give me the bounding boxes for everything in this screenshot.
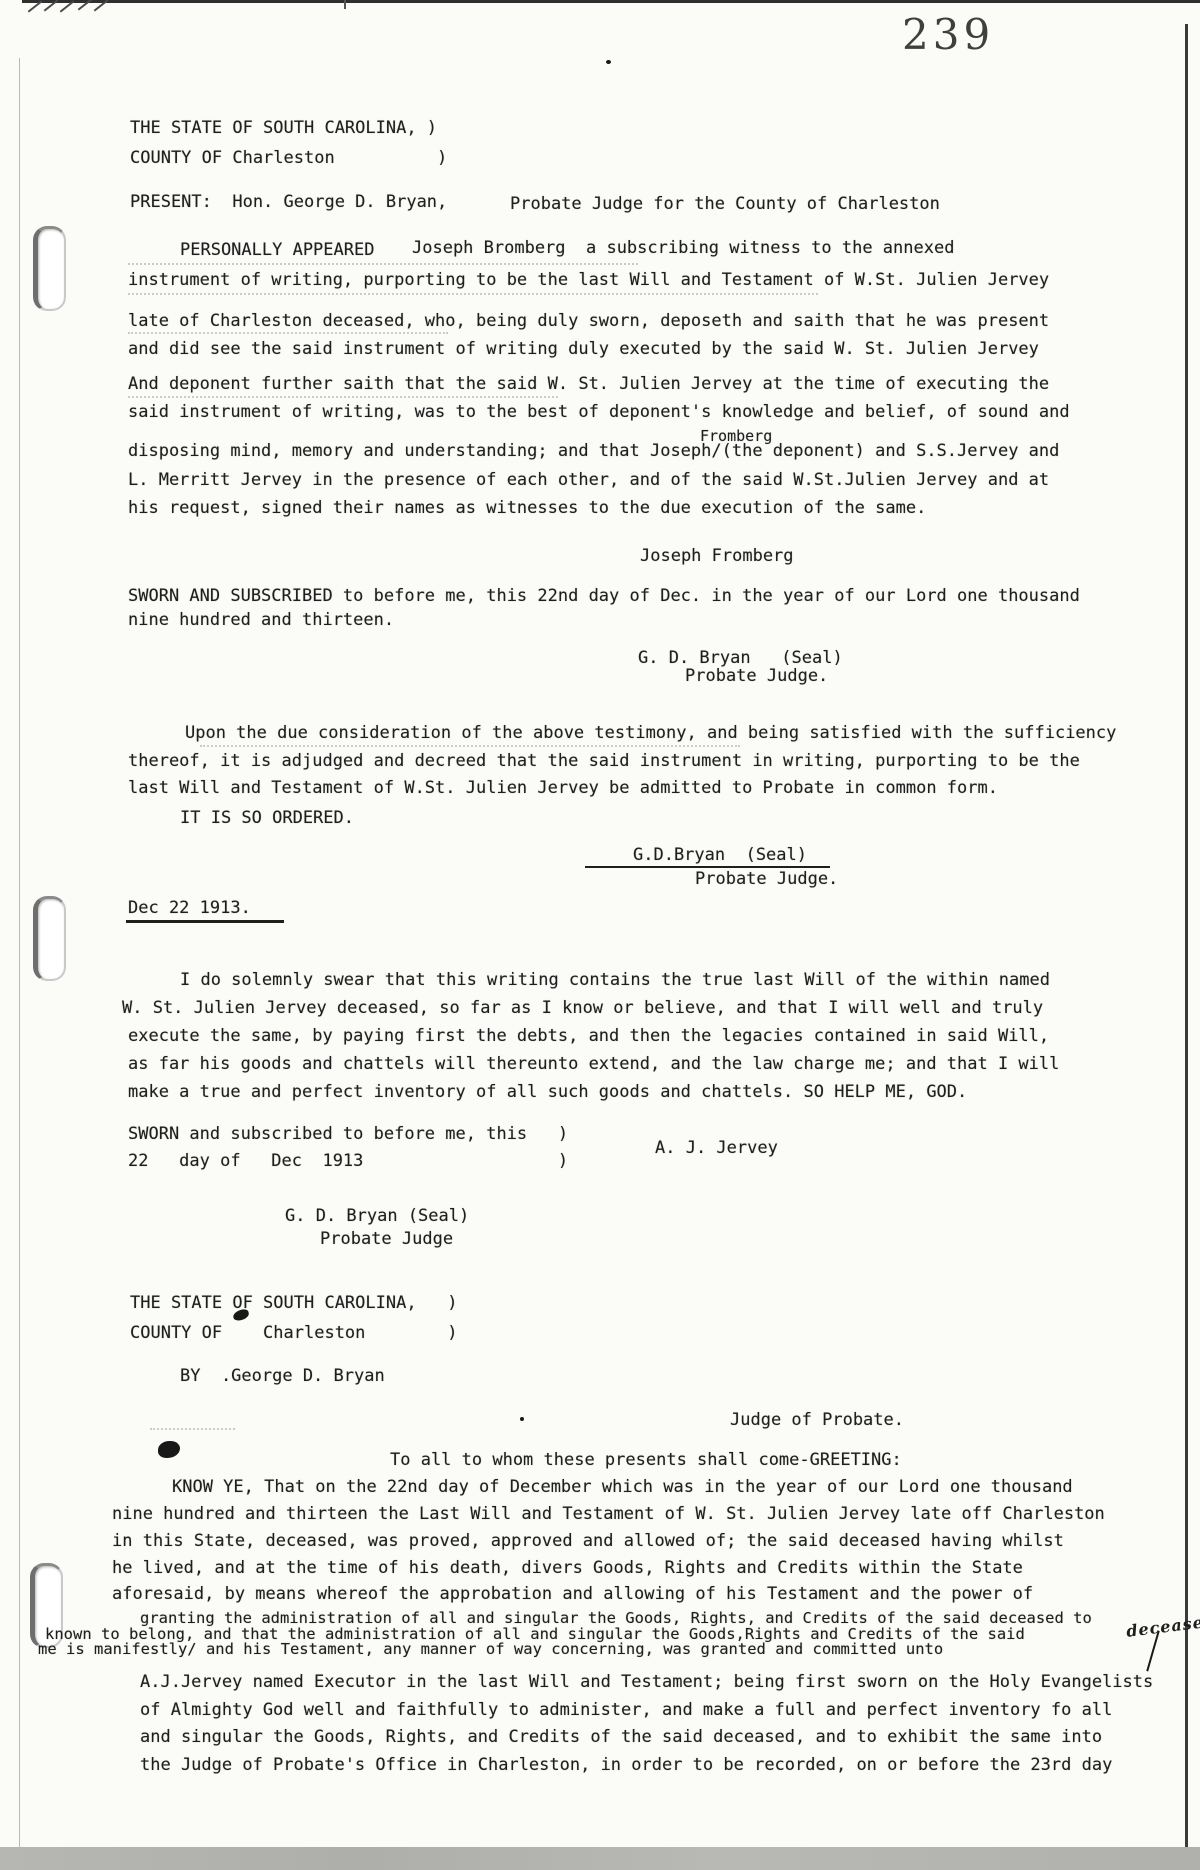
signature-underline xyxy=(585,866,830,868)
date-underline xyxy=(126,920,284,923)
affidavit-line-6: disposing mind, memory and understanding… xyxy=(128,441,1059,461)
signature-gd-bryan-seal-1: G. D. Bryan (Seal) xyxy=(638,648,843,668)
affidavit-line-3: and did see the said instrument of writi… xyxy=(128,339,1039,359)
signature-joseph-fromberg: Joseph Fromberg xyxy=(640,546,794,566)
oath-line-4: as far his goods and chattels will there… xyxy=(128,1054,1059,1074)
greeting-line: To all to whom these presents shall come… xyxy=(390,1450,902,1470)
scan-smudge-line xyxy=(200,745,740,747)
oath-line-3: execute the same, by paying first the de… xyxy=(128,1026,1049,1046)
ink-speck xyxy=(520,1417,524,1421)
judge-of-probate-title: Judge of Probate. xyxy=(730,1410,904,1430)
affidavit-line-8: his request, signed their names as witne… xyxy=(128,498,926,518)
probate-judge-title-1: Probate Judge. xyxy=(685,666,828,686)
edge-tick-mark xyxy=(344,0,346,9)
grant-line-5: aforesaid, by means whereof the approbat… xyxy=(112,1584,1033,1604)
jurat-line-2: nine hundred and thirteen. xyxy=(128,610,394,630)
grant-line-11: and singular the Goods, Rights, and Cred… xyxy=(140,1727,1102,1747)
state-caption-2: THE STATE OF SOUTH CAROLINA, ) xyxy=(130,1293,458,1313)
jurat-line-1: SWORN AND SUBSCRIBED to before me, this … xyxy=(128,586,1080,606)
grant-line-1: KNOW YE, That on the 22nd day of Decembe… xyxy=(172,1477,1073,1497)
oath-line-2: W. St. Julien Jervey deceased, so far as… xyxy=(122,998,1043,1018)
scan-smudge-line xyxy=(128,263,638,265)
page-number: 239 xyxy=(902,10,994,59)
oath-line-1: I do solemnly swear that this writing co… xyxy=(180,970,1050,990)
affidavit-line-7: L. Merritt Jervey in the presence of eac… xyxy=(128,470,1049,490)
oath-line-5: make a true and perfect inventory of all… xyxy=(128,1082,967,1102)
grant-line-10: of Almighty God well and faithfully to a… xyxy=(140,1700,1112,1720)
scan-smudge-line xyxy=(128,396,558,398)
signature-aj-jervey: A. J. Jervey xyxy=(655,1138,778,1158)
probate-judge-title-3: Probate Judge xyxy=(320,1229,453,1249)
by-george-d-bryan-line: BY .George D. Bryan xyxy=(180,1366,385,1386)
affidavit-line-1: instrument of writing, purporting to be … xyxy=(128,270,1049,290)
order-line-1: Upon the due consideration of the above … xyxy=(185,723,1116,743)
grant-line-2: nine hundred and thirteen the Last Will … xyxy=(112,1504,1105,1524)
scan-top-edge xyxy=(22,0,1200,3)
grant-line-8-margin-insert: me is manifestly/ and his Testament, any… xyxy=(38,1641,943,1657)
order-line-3: last Will and Testament of W.St. Julien … xyxy=(128,778,998,798)
order-line-2: thereof, it is adjudged and decreed that… xyxy=(128,751,1080,771)
scan-bottom-strip xyxy=(0,1847,1200,1870)
scan-left-edge xyxy=(19,58,20,1868)
grant-line-3: in this State, deceased, was proved, app… xyxy=(112,1531,1064,1551)
scan-smudge-line xyxy=(128,332,448,334)
grant-line-6: granting the administration of all and s… xyxy=(140,1610,1092,1626)
signature-gd-bryan-seal-3: G. D. Bryan (Seal) xyxy=(285,1206,469,1226)
ink-speck xyxy=(606,60,611,64)
judge-for-county-line: Probate Judge for the County of Charlest… xyxy=(510,194,940,214)
witness-intro-line: Joseph Bromberg a subscribing witness to… xyxy=(412,238,954,258)
affidavit-line-5: said instrument of writing, was to the b… xyxy=(128,402,1070,422)
scanned-document-page: 239 THE STATE OF SOUTH CAROLINA, ) COUNT… xyxy=(0,0,1200,1870)
handwritten-deceased-note: deceased, xyxy=(1125,1610,1200,1641)
grant-line-9: A.J.Jervey named Executor in the last Wi… xyxy=(140,1672,1153,1692)
grant-line-4: he lived, and at the time of his death, … xyxy=(112,1558,1023,1578)
binder-hole xyxy=(33,896,66,981)
county-caption-1: COUNTY OF Charleston ) xyxy=(130,148,447,168)
grant-line-12: the Judge of Probate's Office in Charles… xyxy=(140,1755,1112,1775)
ink-blot xyxy=(158,1441,180,1458)
scan-right-edge xyxy=(1185,24,1188,1847)
it-is-so-ordered-line: IT IS SO ORDERED. xyxy=(180,808,354,828)
sworn-line-1: SWORN and subscribed to before me, this … xyxy=(128,1124,568,1144)
state-caption-1: THE STATE OF SOUTH CAROLINA, ) xyxy=(130,118,437,138)
sworn-line-2: 22 day of Dec 1913 ) xyxy=(128,1151,568,1171)
county-caption-2: COUNTY OF Charleston ) xyxy=(130,1323,458,1343)
affidavit-line-4: And deponent further saith that the said… xyxy=(128,374,1049,394)
personally-appeared-label: PERSONALLY APPEARED xyxy=(180,240,374,260)
binder-hole xyxy=(33,226,66,311)
scan-smudge-line xyxy=(128,293,818,295)
pencil-squiggle xyxy=(150,1428,235,1430)
probate-judge-title-2: Probate Judge. xyxy=(695,869,838,889)
affidavit-line-2: late of Charleston deceased, who, being … xyxy=(128,311,1049,331)
signature-gd-bryan-seal-2: G.D.Bryan (Seal) xyxy=(633,845,807,865)
present-line: PRESENT: Hon. George D. Bryan, xyxy=(130,192,447,212)
date-dec-22-1913: Dec 22 1913. xyxy=(128,898,251,918)
